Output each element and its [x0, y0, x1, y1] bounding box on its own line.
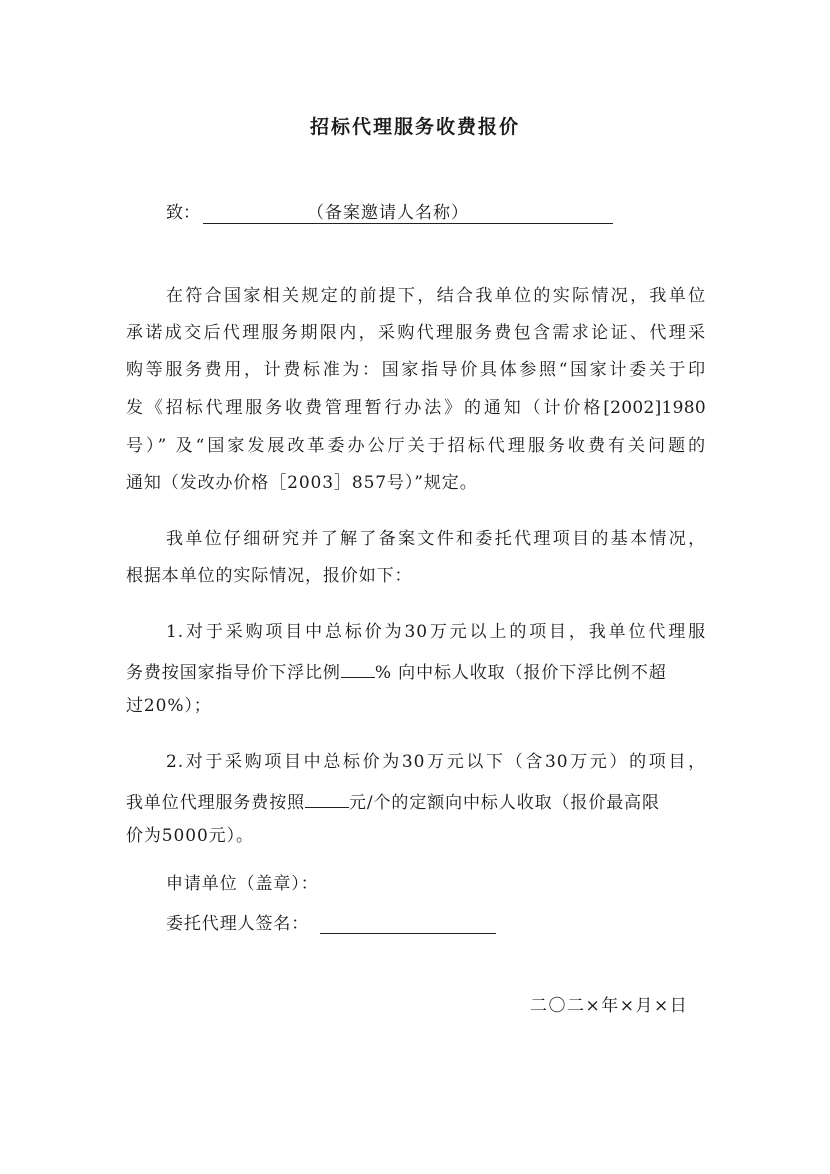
paragraph-line: 在符合国家相关规定的前提下，结合我单位的实际情况，我单位: [166, 286, 706, 306]
recipient-placeholder: （备案邀请人名称）: [307, 203, 469, 223]
item2-line: 价为5000元）。: [126, 826, 706, 846]
applicant-label: 申请单位（盖章）：: [166, 874, 706, 894]
item1-line: 过20%）；: [126, 696, 706, 716]
item1-line-with-blank: 务费按国家指导价下浮比例% 向中标人收取（报价下浮比例不超: [126, 659, 706, 683]
discount-percent-blank[interactable]: [341, 659, 375, 678]
item2-text-after: 元/个的定额向中标人收取（报价最高限: [349, 793, 660, 813]
paragraph-line: 根据本单位的实际情况，报价如下：: [126, 566, 706, 586]
paragraph-line: 购等服务费用，计费标准为：国家指导价具体参照“国家计委关于印: [126, 360, 706, 380]
item2-line: 2.对于采购项目中总标价为30万元以下（含30万元）的项目，: [166, 752, 706, 772]
document-page: 招标代理服务收费报价 致： （备案邀请人名称） 在符合国家相关规定的前提下，结合…: [0, 0, 830, 1174]
item1-text-before: 务费按国家指导价下浮比例: [126, 663, 341, 683]
item1-text-after: % 向中标人收取（报价下浮比例不超: [375, 663, 667, 683]
document-date: 二〇二×年×月×日: [530, 996, 688, 1016]
paragraph-line: 承诺成交后代理服务期限内，采购代理服务费包含需求论证、代理采: [126, 323, 706, 343]
agent-signature-field[interactable]: [320, 913, 496, 934]
recipient-label: 致：: [166, 203, 200, 223]
paragraph-line: 我单位仔细研究并了解了备案文件和委托代理项目的基本情况，: [166, 529, 706, 549]
fixed-fee-blank[interactable]: [305, 789, 349, 808]
paragraph-line: 发《招标代理服务收费管理暂行办法》的通知（计价格[2002]1980: [126, 398, 706, 418]
document-title: 招标代理服务收费报价: [0, 112, 830, 139]
paragraph-line: 通知（发改办价格［2003］857号）”规定。: [126, 473, 706, 493]
paragraph-line: 号）” 及“国家发展改革委办公厅关于招标代理服务收费有关问题的: [126, 436, 706, 456]
item2-text-before: 我单位代理服务费按照: [126, 793, 305, 813]
item2-line-with-blank: 我单位代理服务费按照元/个的定额向中标人收取（报价最高限: [126, 789, 706, 813]
item1-line: 1.对于采购项目中总标价为30万元以上的项目，我单位代理服: [166, 622, 706, 642]
recipient-field[interactable]: （备案邀请人名称）: [203, 203, 613, 224]
